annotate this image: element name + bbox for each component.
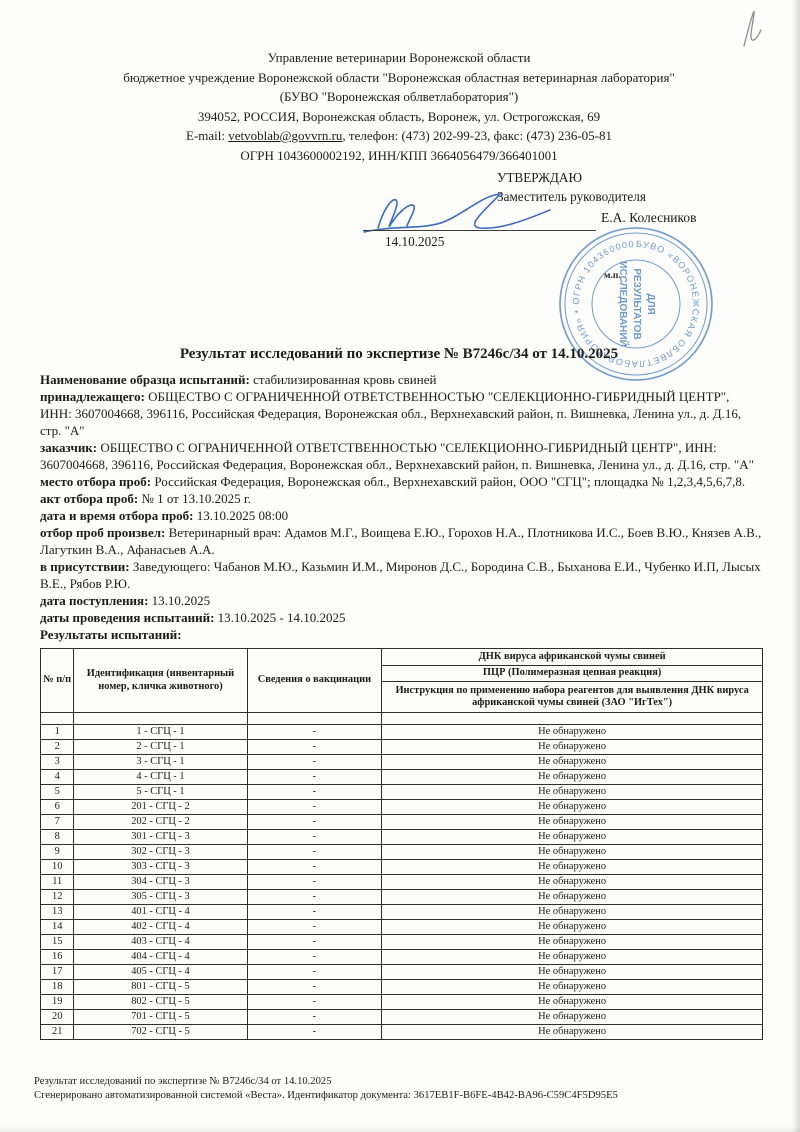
org-authority: Управление ветеринарии Воронежской облас… xyxy=(40,48,758,68)
identification-cell: 303 - СГЦ - 3 xyxy=(74,860,247,875)
identification-cell: 404 - СГЦ - 4 xyxy=(74,950,247,965)
table-row: 6201 - СГЦ - 2-Не обнаружено xyxy=(41,800,763,815)
field-row: даты проведения испытаний: 13.10.2025 - … xyxy=(40,609,764,626)
identification-cell: 405 - СГЦ - 4 xyxy=(74,965,247,980)
header-spacer-row xyxy=(41,713,763,725)
field-label: дата и время отбора проб: xyxy=(40,508,194,523)
footer-expertise-ref: Результат исследований по экспертизе № В… xyxy=(34,1075,774,1089)
identification-cell: 401 - СГЦ - 4 xyxy=(74,905,247,920)
field-value: Заведующего: Чабанов М.Ю., Казьмин И.М.,… xyxy=(40,559,761,591)
handwritten-mark xyxy=(735,6,769,52)
approval-date: 14.10.2025 xyxy=(385,234,444,250)
email-link[interactable]: vetvoblab@govvrn.ru xyxy=(228,128,342,143)
field-value: ОБЩЕСТВО С ОГРАНИЧЕННОЙ ОТВЕТСТВЕННОСТЬЮ… xyxy=(40,440,754,472)
col-header-test-group: ДНК вируса африканской чумы свиней xyxy=(382,649,763,666)
result-cell: Не обнаружено xyxy=(382,755,763,770)
result-cell: Не обнаружено xyxy=(382,1010,763,1025)
identification-cell: 403 - СГЦ - 4 xyxy=(74,935,247,950)
row-number-cell: 1 xyxy=(41,725,74,740)
row-number-cell: 18 xyxy=(41,980,74,995)
scanned-document-page: Управление ветеринарии Воронежской облас… xyxy=(0,0,800,1132)
field-label: акт отбора проб: xyxy=(40,491,138,506)
col-header-number: № п/п xyxy=(41,649,74,713)
row-number-cell: 17 xyxy=(41,965,74,980)
table-row: 18801 - СГЦ - 5-Не обнаружено xyxy=(41,980,763,995)
spacer-cell xyxy=(41,713,74,725)
vaccination-cell: - xyxy=(247,770,382,785)
result-cell: Не обнаружено xyxy=(382,920,763,935)
row-number-cell: 16 xyxy=(41,950,74,965)
row-number-cell: 15 xyxy=(41,935,74,950)
spacer-cell xyxy=(382,713,763,725)
field-row: в присутствии: Заведующего: Чабанов М.Ю.… xyxy=(40,558,764,592)
identification-cell: 5 - СГЦ - 1 xyxy=(74,785,247,800)
field-label: принадлежащего: xyxy=(40,389,145,404)
table-row: 8301 - СГЦ - 3-Не обнаружено xyxy=(41,830,763,845)
table-row: 9302 - СГЦ - 3-Не обнаружено xyxy=(41,845,763,860)
table-row: 12305 - СГЦ - 3-Не обнаружено xyxy=(41,890,763,905)
row-number-cell: 13 xyxy=(41,905,74,920)
scan-edge-shadow-bottom xyxy=(0,1127,800,1132)
row-number-cell: 5 xyxy=(41,785,74,800)
phone-fax: , телефон: (473) 202-99-23, факс: (473) … xyxy=(342,128,612,143)
spacer-cell xyxy=(74,713,247,725)
field-label: в присутствии: xyxy=(40,559,130,574)
result-cell: Не обнаружено xyxy=(382,800,763,815)
approve-word: УТВЕРЖДАЮ xyxy=(497,168,646,187)
document-title: Результат исследований по экспертизе № В… xyxy=(40,346,758,363)
vaccination-cell: - xyxy=(247,950,382,965)
vaccination-cell: - xyxy=(247,830,382,845)
vaccination-cell: - xyxy=(247,905,382,920)
identification-cell: 3 - СГЦ - 1 xyxy=(74,755,247,770)
field-list: Наименование образца испытаний: стабилиз… xyxy=(40,371,764,626)
field-value: 13.10.2025 08:00 xyxy=(194,508,289,523)
signature-line xyxy=(363,230,596,231)
table-row: 21702 - СГЦ - 5-Не обнаружено xyxy=(41,1025,763,1040)
stamp-inner-line1: ДЛЯ xyxy=(645,293,656,314)
row-number-cell: 6 xyxy=(41,800,74,815)
spacer-cell xyxy=(247,713,382,725)
identification-cell: 201 - СГЦ - 2 xyxy=(74,800,247,815)
field-value: ОБЩЕСТВО С ОГРАНИЧЕННОЙ ОТВЕТСТВЕННОСТЬЮ… xyxy=(40,389,741,438)
row-number-cell: 10 xyxy=(41,860,74,875)
vaccination-cell: - xyxy=(247,815,382,830)
row-number-cell: 2 xyxy=(41,740,74,755)
identification-cell: 305 - СГЦ - 3 xyxy=(74,890,247,905)
row-number-cell: 19 xyxy=(41,995,74,1010)
col-header-method: ПЦР (Полимеразная цепная реакция) xyxy=(382,666,763,682)
identification-cell: 301 - СГЦ - 3 xyxy=(74,830,247,845)
table-row: 55 - СГЦ - 1-Не обнаружено xyxy=(41,785,763,800)
vaccination-cell: - xyxy=(247,1010,382,1025)
field-value: 13.10.2025 - 14.10.2025 xyxy=(214,610,345,625)
field-label: даты проведения испытаний: xyxy=(40,610,214,625)
table-row: 10303 - СГЦ - 3-Не обнаружено xyxy=(41,860,763,875)
table-row: 7202 - СГЦ - 2-Не обнаружено xyxy=(41,815,763,830)
identification-cell: 1 - СГЦ - 1 xyxy=(74,725,247,740)
col-header-instruction: Инструкция по применению набора реагенто… xyxy=(382,682,763,713)
table-row: 44 - СГЦ - 1-Не обнаружено xyxy=(41,770,763,785)
field-row: отбор проб произвел: Ветеринарный врач: … xyxy=(40,524,764,558)
vaccination-cell: - xyxy=(247,755,382,770)
stamp-inner-line2: РЕЗУЛЬТАТОВ xyxy=(631,268,642,339)
seal-place-mark: м.п. xyxy=(604,271,621,281)
results-table-header: № п/п Идентификация (инвентарный номер, … xyxy=(41,649,763,725)
table-row: 15403 - СГЦ - 4-Не обнаружено xyxy=(41,935,763,950)
results-heading: Результаты испытаний: xyxy=(40,626,764,643)
result-cell: Не обнаружено xyxy=(382,860,763,875)
vaccination-cell: - xyxy=(247,935,382,950)
row-number-cell: 11 xyxy=(41,875,74,890)
table-row: 17405 - СГЦ - 4-Не обнаружено xyxy=(41,965,763,980)
vaccination-cell: - xyxy=(247,965,382,980)
field-row: дата и время отбора проб: 13.10.2025 08:… xyxy=(40,507,764,524)
document-footer: Результат исследований по экспертизе № В… xyxy=(34,1075,774,1103)
identification-cell: 701 - СГЦ - 5 xyxy=(74,1010,247,1025)
table-row: 14402 - СГЦ - 4-Не обнаружено xyxy=(41,920,763,935)
vaccination-cell: - xyxy=(247,785,382,800)
org-short-name: (БУВО "Воронежская облветлаборатория") xyxy=(40,87,758,107)
table-row: 11304 - СГЦ - 3-Не обнаружено xyxy=(41,875,763,890)
col-header-identification: Идентификация (инвентарный номер, кличка… xyxy=(74,649,247,713)
row-number-cell: 20 xyxy=(41,1010,74,1025)
field-label: Наименование образца испытаний: xyxy=(40,372,250,387)
result-cell: Не обнаружено xyxy=(382,815,763,830)
field-value: стабилизированная кровь свиней xyxy=(250,372,437,387)
org-contacts: E-mail: vetvoblab@govvrn.ru, телефон: (4… xyxy=(40,126,758,146)
result-cell: Не обнаружено xyxy=(382,950,763,965)
scan-edge-shadow xyxy=(792,0,800,1132)
field-value: № 1 от 13.10.2025 г. xyxy=(138,491,251,506)
vaccination-cell: - xyxy=(247,860,382,875)
field-row: дата поступления: 13.10.2025 xyxy=(40,592,764,609)
table-row: 19802 - СГЦ - 5-Не обнаружено xyxy=(41,995,763,1010)
row-number-cell: 3 xyxy=(41,755,74,770)
row-number-cell: 8 xyxy=(41,830,74,845)
result-cell: Не обнаружено xyxy=(382,725,763,740)
identification-cell: 801 - СГЦ - 5 xyxy=(74,980,247,995)
vaccination-cell: - xyxy=(247,1025,382,1040)
org-address: 394052, РОССИЯ, Воронежская область, Вор… xyxy=(40,107,758,127)
field-label: дата поступления: xyxy=(40,593,148,608)
col-header-vaccination: Сведения о вакцинации xyxy=(247,649,382,713)
field-label: заказчик: xyxy=(40,440,97,455)
table-row: 20701 - СГЦ - 5-Не обнаружено xyxy=(41,1010,763,1025)
email-label: E-mail: xyxy=(186,128,228,143)
vaccination-cell: - xyxy=(247,890,382,905)
org-name: бюджетное учреждение Воронежской области… xyxy=(40,68,758,88)
row-number-cell: 9 xyxy=(41,845,74,860)
vaccination-cell: - xyxy=(247,980,382,995)
result-cell: Не обнаружено xyxy=(382,1025,763,1040)
row-number-cell: 14 xyxy=(41,920,74,935)
field-row: принадлежащего: ОБЩЕСТВО С ОГРАНИЧЕННОЙ … xyxy=(40,388,764,439)
footer-generated-note: Сгенерировано автоматизированной системо… xyxy=(34,1089,774,1103)
row-number-cell: 7 xyxy=(41,815,74,830)
result-cell: Не обнаружено xyxy=(382,875,763,890)
result-cell: Не обнаружено xyxy=(382,785,763,800)
result-cell: Не обнаружено xyxy=(382,935,763,950)
result-cell: Не обнаружено xyxy=(382,770,763,785)
table-row: 16404 - СГЦ - 4-Не обнаружено xyxy=(41,950,763,965)
result-cell: Не обнаружено xyxy=(382,905,763,920)
row-number-cell: 12 xyxy=(41,890,74,905)
field-row: заказчик: ОБЩЕСТВО С ОГРАНИЧЕННОЙ ОТВЕТС… xyxy=(40,439,764,473)
results-table: № п/п Идентификация (инвентарный номер, … xyxy=(40,648,763,1040)
result-cell: Не обнаружено xyxy=(382,890,763,905)
vaccination-cell: - xyxy=(247,800,382,815)
result-cell: Не обнаружено xyxy=(382,845,763,860)
field-label: место отбора проб: xyxy=(40,474,151,489)
org-registration-numbers: ОГРН 1043600002192, ИНН/КПП 3664056479/3… xyxy=(40,146,758,166)
results-table-body: 11 - СГЦ - 1-Не обнаружено22 - СГЦ - 1-Н… xyxy=(41,725,763,1040)
table-row: 33 - СГЦ - 1-Не обнаружено xyxy=(41,755,763,770)
letterhead: Управление ветеринарии Воронежской облас… xyxy=(40,48,758,165)
row-number-cell: 4 xyxy=(41,770,74,785)
field-row: акт отбора проб: № 1 от 13.10.2025 г. xyxy=(40,490,764,507)
vaccination-cell: - xyxy=(247,845,382,860)
identification-cell: 2 - СГЦ - 1 xyxy=(74,740,247,755)
document-body: Наименование образца испытаний: стабилиз… xyxy=(40,371,764,1040)
field-value: 13.10.2025 xyxy=(148,593,210,608)
field-row: место отбора проб: Российская Федерация,… xyxy=(40,473,764,490)
row-number-cell: 21 xyxy=(41,1025,74,1040)
identification-cell: 402 - СГЦ - 4 xyxy=(74,920,247,935)
result-cell: Не обнаружено xyxy=(382,995,763,1010)
result-cell: Не обнаружено xyxy=(382,740,763,755)
table-row: 11 - СГЦ - 1-Не обнаружено xyxy=(41,725,763,740)
vaccination-cell: - xyxy=(247,740,382,755)
vaccination-cell: - xyxy=(247,995,382,1010)
table-row: 13401 - СГЦ - 4-Не обнаружено xyxy=(41,905,763,920)
identification-cell: 802 - СГЦ - 5 xyxy=(74,995,247,1010)
identification-cell: 202 - СГЦ - 2 xyxy=(74,815,247,830)
vaccination-cell: - xyxy=(247,875,382,890)
field-label: отбор проб произвел: xyxy=(40,525,165,540)
signer-name: Е.А. Колесников xyxy=(601,210,697,226)
result-cell: Не обнаружено xyxy=(382,830,763,845)
vaccination-cell: - xyxy=(247,920,382,935)
identification-cell: 702 - СГЦ - 5 xyxy=(74,1025,247,1040)
result-cell: Не обнаружено xyxy=(382,980,763,995)
field-value: Российская Федерация, Воронежская обл., … xyxy=(151,474,745,489)
field-row: Наименование образца испытаний: стабилиз… xyxy=(40,371,764,388)
result-cell: Не обнаружено xyxy=(382,965,763,980)
identification-cell: 302 - СГЦ - 3 xyxy=(74,845,247,860)
identification-cell: 4 - СГЦ - 1 xyxy=(74,770,247,785)
table-row: 22 - СГЦ - 1-Не обнаружено xyxy=(41,740,763,755)
vaccination-cell: - xyxy=(247,725,382,740)
identification-cell: 304 - СГЦ - 3 xyxy=(74,875,247,890)
